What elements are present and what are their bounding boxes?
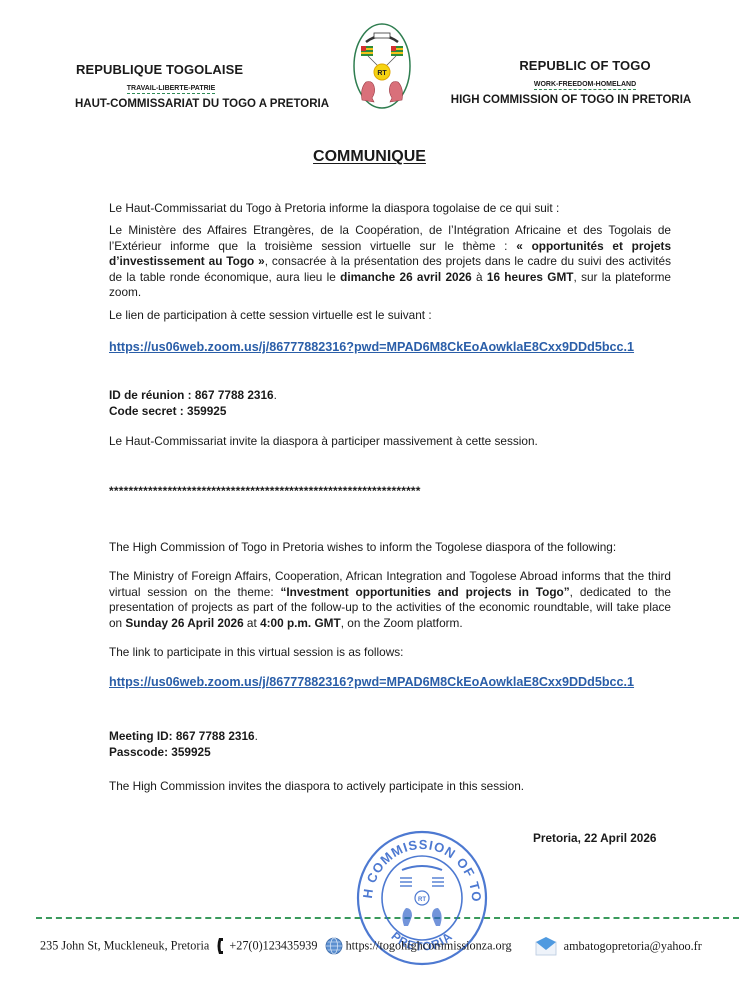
en-theme: “Investment opportunities and projects i… — [280, 585, 569, 599]
fr-date: dimanche 26 avril 2026 — [340, 270, 472, 284]
en-meeting-id: Meeting ID: 867 7788 2316 — [109, 729, 255, 743]
motto-en: WORK-FREEDOM-HOMELAND — [534, 81, 636, 90]
page-title: COMMUNIQUE — [0, 148, 739, 166]
fr-intro: Le Haut-Commissariat du Togo à Pretoria … — [109, 201, 671, 217]
footer-phone[interactable]: +27(0)123435939 — [229, 939, 317, 953]
en-zoom-link[interactable]: https://us06web.zoom.us/j/86777882316?pw… — [109, 675, 634, 689]
coat-of-arms-icon: RT — [352, 22, 412, 110]
en-date: Sunday 26 April 2026 — [125, 616, 243, 630]
en-closing: The High Commission invites the diaspora… — [109, 779, 671, 795]
fr-meeting-id: ID de réunion : 867 7788 2316 — [109, 388, 274, 402]
footer-contact: 235 John St, Muckleneuk, Pretoria +27(0)… — [40, 936, 702, 956]
svg-text:RT: RT — [377, 70, 387, 77]
en-zoom-link-container: https://us06web.zoom.us/j/86777882316?pw… — [109, 674, 675, 691]
fr-link-intro: Le lien de participation à cette session… — [109, 308, 671, 324]
country-name-fr: REPUBLIQUE TOGOLAISE — [62, 62, 342, 77]
fr-meeting-info: ID de réunion : 867 7788 2316. Code secr… — [109, 388, 671, 419]
place-date: Pretoria, 22 April 2026 — [533, 831, 657, 845]
header-right: REPUBLIC OF TOGO WORK-FREEDOM-HOMELAND H… — [440, 58, 730, 106]
fr-zoom-link-container: https://us06web.zoom.us/j/86777882316?pw… — [109, 339, 675, 356]
globe-icon — [325, 937, 343, 955]
en-meeting-info: Meeting ID: 867 7788 2316. Passcode: 359… — [109, 729, 671, 760]
en-passcode: Passcode: 359925 — [109, 745, 671, 761]
en-link-intro: The link to participate in this virtual … — [109, 645, 671, 661]
fr-zoom-link[interactable]: https://us06web.zoom.us/j/86777882316?pw… — [109, 340, 634, 354]
mission-name-fr: HAUT-COMMISSARIAT DU TOGO A PRETORIA — [62, 98, 342, 110]
phone-icon — [216, 937, 226, 955]
fr-time: 16 heures GMT — [487, 270, 574, 284]
en-time: 4:00 p.m. GMT — [260, 616, 341, 630]
fr-passcode: Code secret : 359925 — [109, 404, 671, 420]
en-announcement: The Ministry of Foreign Affairs, Coopera… — [109, 569, 671, 631]
fr-announcement: Le Ministère des Affaires Etrangères, de… — [109, 223, 671, 301]
footer-address: 235 John St, Muckleneuk, Pretoria — [40, 939, 209, 953]
footer-website[interactable]: https://togohighcommissionza.org — [346, 939, 512, 953]
header-left: REPUBLIQUE TOGOLAISE TRAVAIL-LIBERTE-PAT… — [62, 62, 342, 110]
country-name-en: REPUBLIC OF TOGO — [440, 58, 730, 73]
motto-fr: TRAVAIL-LIBERTE-PATRIE — [127, 85, 216, 94]
svg-text:RT: RT — [418, 897, 426, 903]
section-separator: ****************************************… — [109, 484, 671, 500]
en-intro: The High Commission of Togo in Pretoria … — [109, 540, 671, 556]
mail-icon — [535, 936, 557, 956]
footer-email[interactable]: ambatogopretoria@yahoo.fr — [564, 939, 702, 953]
mission-name-en: HIGH COMMISSION OF TOGO IN PRETORIA — [412, 94, 730, 106]
fr-closing: Le Haut-Commissariat invite la diaspora … — [109, 434, 671, 450]
